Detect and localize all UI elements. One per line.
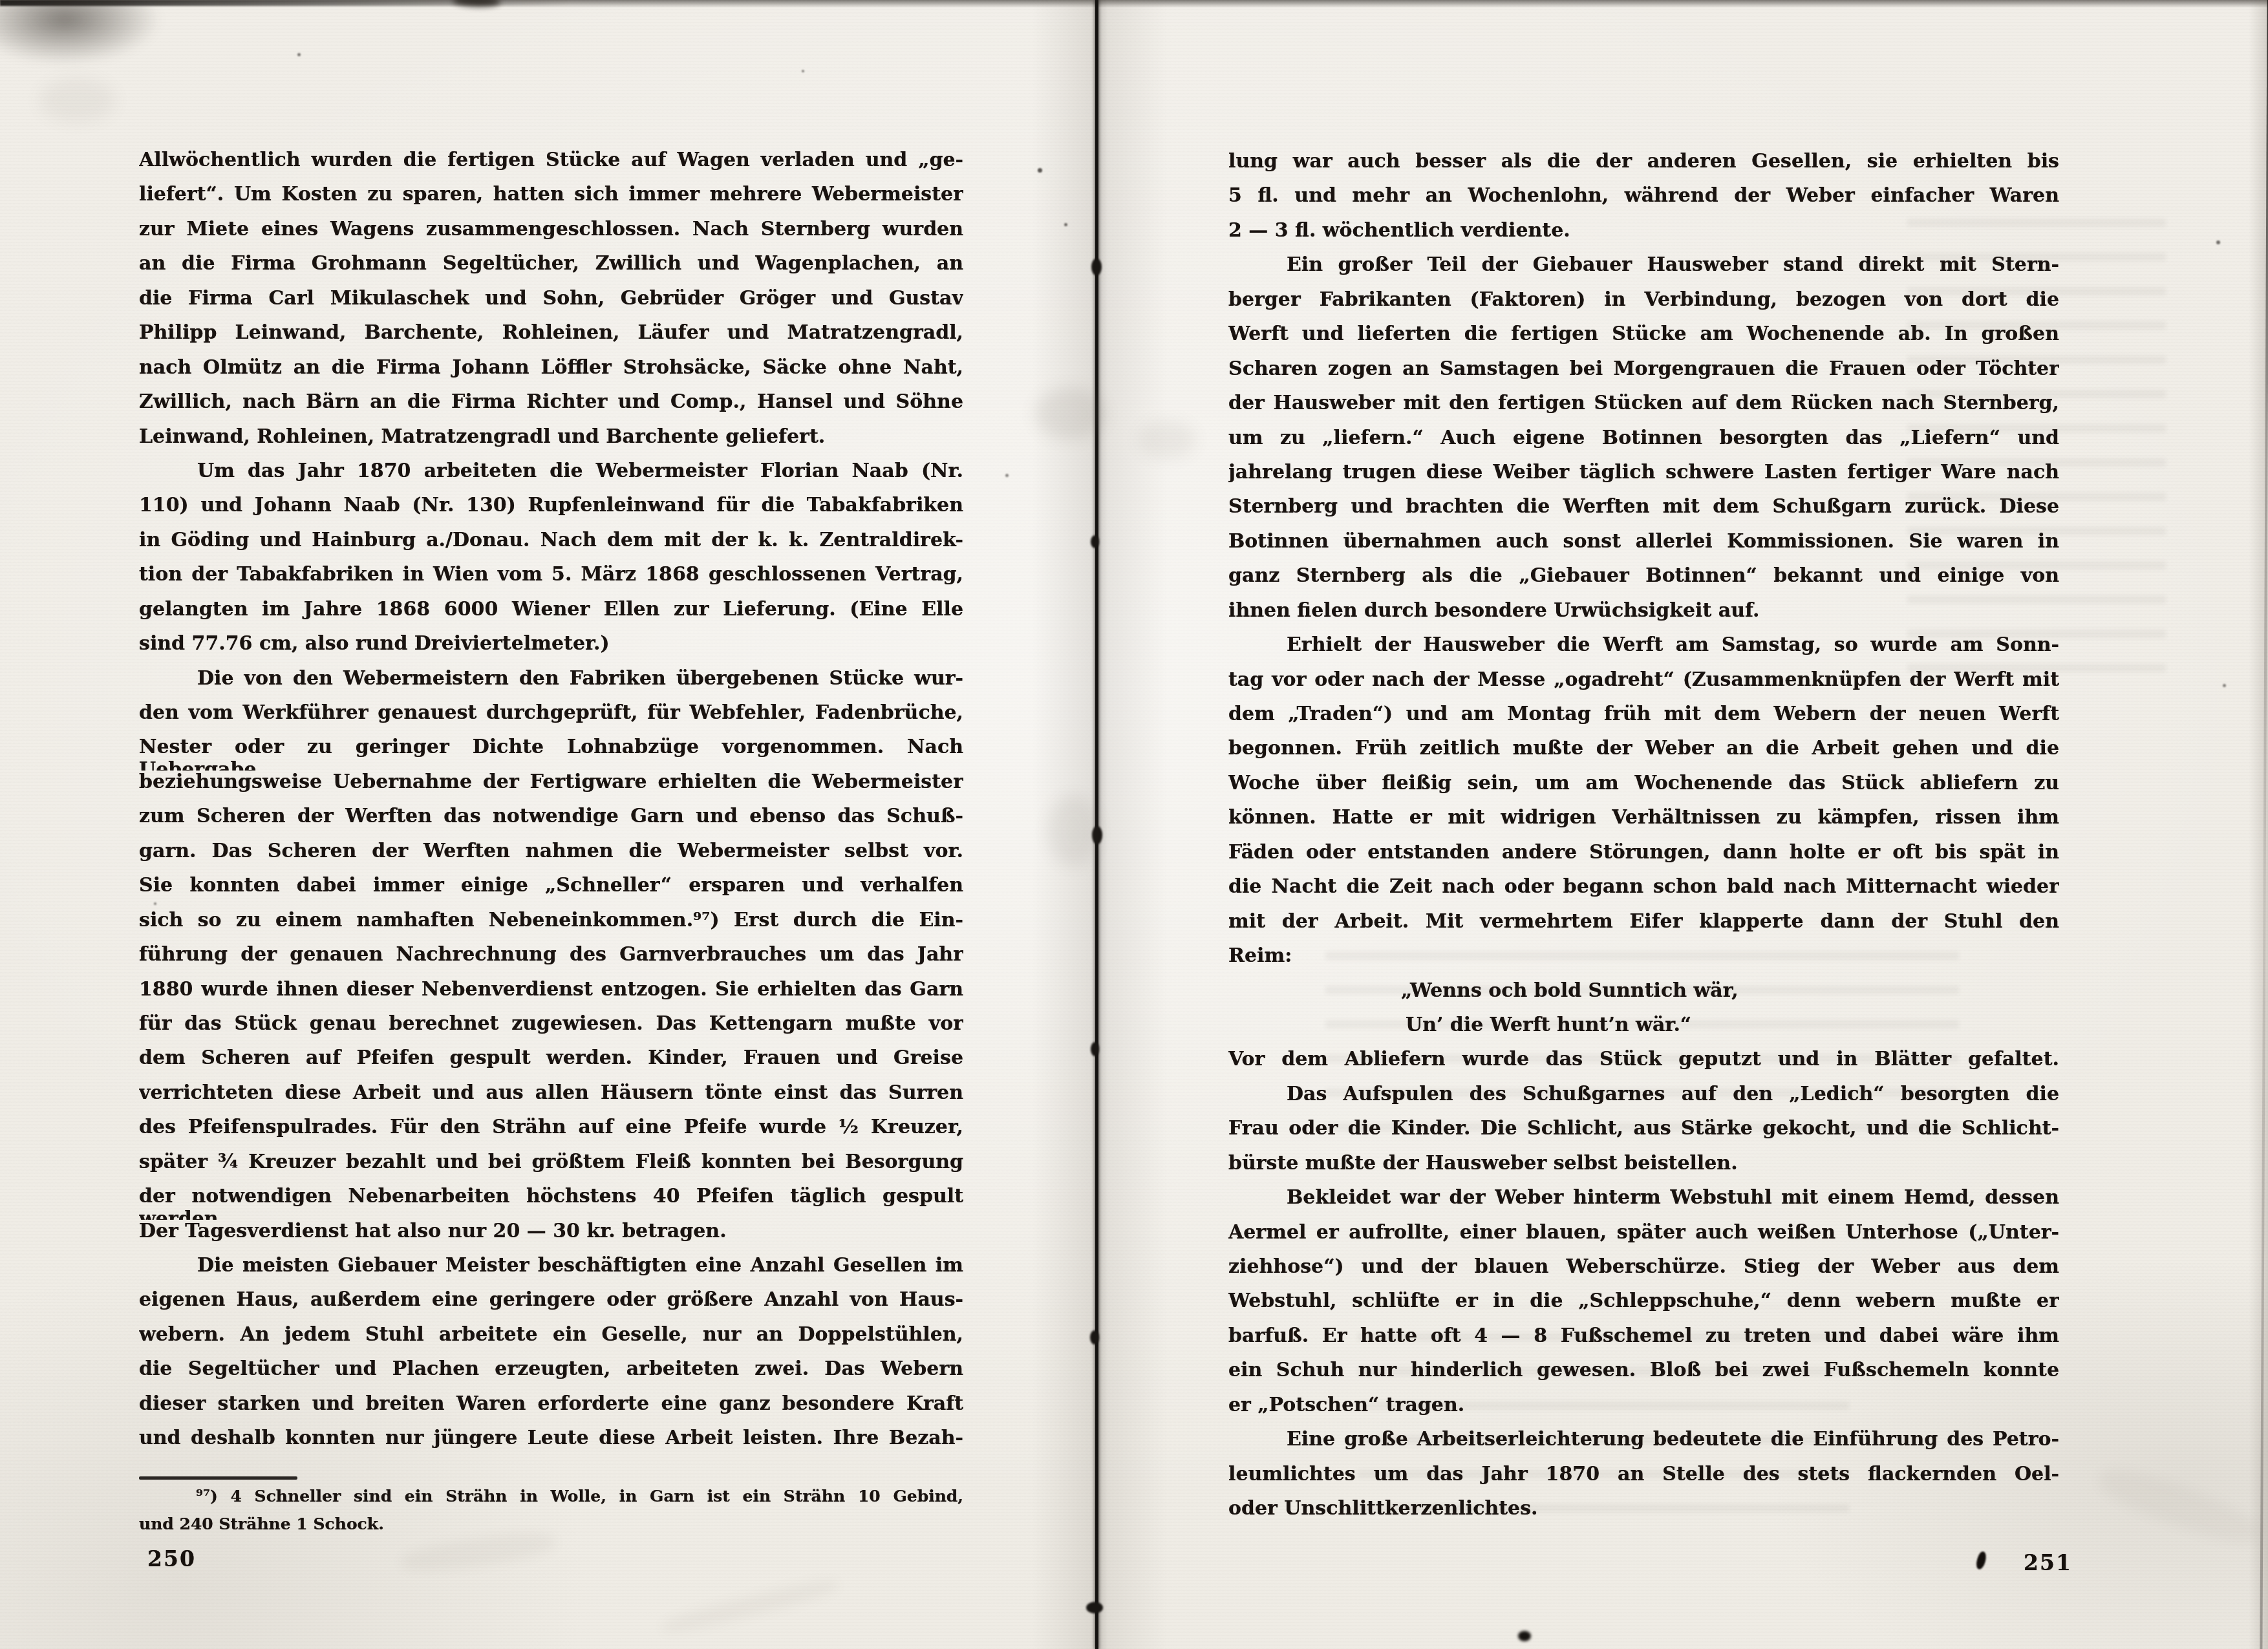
- text-line: begonnen. Früh zeitlich mußte der Weber …: [1228, 737, 2059, 771]
- text-line: ⁹⁷) 4 Schneller sind ein Strähn in Wolle…: [139, 1487, 963, 1515]
- footnote-rule: [139, 1476, 297, 1480]
- footnote: ⁹⁷) 4 Schneller sind ein Strähn in Wolle…: [139, 1487, 963, 1542]
- paper-streak: [2093, 1459, 2265, 1553]
- text-line: er „Potschen“ tragen.: [1228, 1394, 2059, 1428]
- ink-blot: [1974, 1551, 1987, 1570]
- page-left-text: Allwöchentlich wurden die fertigen Stück…: [139, 149, 963, 1462]
- text-line: garn. Das Scheren der Werften nahmen die…: [139, 840, 963, 874]
- text-line: Sie konnten dabei immer einige „Schnelle…: [139, 874, 963, 908]
- text-line: oder Unschlittkerzenlichtes.: [1228, 1497, 2059, 1531]
- ink-speck: [802, 70, 804, 72]
- page-number-right: 251: [2024, 1550, 2072, 1575]
- text-line: Scharen zogen an Samstagen bei Morgengra…: [1228, 357, 2059, 392]
- text-line: Aermel er aufrollte, einer blauen, späte…: [1228, 1221, 2059, 1255]
- text-line: Allwöchentlich wurden die fertigen Stück…: [139, 149, 963, 183]
- text-line: Die meisten Giebauer Meister beschäftigt…: [139, 1254, 963, 1288]
- paper-streak: [660, 1575, 840, 1638]
- text-line: des Pfeifenspulrades. Für den Strähn auf…: [139, 1116, 963, 1150]
- text-line: zum Scheren der Werften das notwendige G…: [139, 805, 963, 839]
- text-line: webern. An jedem Stuhl arbeitete ein Ges…: [139, 1323, 963, 1357]
- text-line: liefert“. Um Kosten zu sparen, hatten si…: [139, 183, 963, 217]
- text-line: 2 — 3 fl. wöchentlich verdiente.: [1228, 219, 2059, 253]
- corner-smudge: [0, 0, 162, 65]
- text-line: den vom Werkführer genauest durchgeprüft…: [139, 701, 963, 736]
- book-scan: Allwöchentlich wurden die fertigen Stück…: [0, 0, 2268, 1649]
- text-line: ganz Sternberg als die „Giebauer Botinne…: [1228, 564, 2059, 599]
- text-line: um zu „liefern.“ Auch eigene Botinnen be…: [1228, 427, 2059, 461]
- binding-knot: [1091, 259, 1102, 275]
- text-line: tag vor oder nach der Messe „ogadreht“ (…: [1228, 668, 2059, 703]
- text-line: ziehhose“) und der blauen Weberschürze. …: [1228, 1255, 2059, 1290]
- paper-smudge: [1034, 388, 1106, 440]
- text-line: Vor dem Abliefern wurde das Stück geputz…: [1228, 1048, 2059, 1082]
- text-line: Leinwand, Rohleinen, Matratzengradl und …: [139, 425, 963, 460]
- text-line: Werft und lieferten die fertigen Stücke …: [1228, 323, 2059, 357]
- text-line: die Firma Carl Mikulaschek und Sohn, Geb…: [139, 287, 963, 321]
- text-line: dieser starken und breiten Waren erforde…: [139, 1392, 963, 1427]
- ink-speck: [1064, 223, 1067, 226]
- text-line: Woche über fleißig sein, um am Wochenend…: [1228, 772, 2059, 806]
- text-line: sind 77.76 cm, also rund Dreiviertelmete…: [139, 632, 963, 666]
- paper-smudge: [1138, 420, 1196, 459]
- text-line: gelangten im Jahre 1868 6000 Wiener Elle…: [139, 598, 963, 632]
- text-line: nach Olmütz an die Firma Johann Löffler …: [139, 356, 963, 390]
- text-line: an die Firma Grohmann Segeltücher, Zwill…: [139, 252, 963, 286]
- text-line: barfuß. Er hatte oft 4 — 8 Fußschemel zu…: [1228, 1325, 2059, 1359]
- text-line: Webstuhl, schlüfte er in die „Schleppsch…: [1228, 1290, 2059, 1324]
- binding-knot: [1091, 1042, 1099, 1056]
- text-line: für das Stück genau berechnet zugewiesen…: [139, 1012, 963, 1047]
- text-line: der notwendigen Nebenarbeiten höchstens …: [139, 1185, 963, 1219]
- text-line: jahrelang trugen diese Weiber täglich sc…: [1228, 461, 2059, 495]
- text-line: ihnen fielen durch besondere Urwüchsigke…: [1228, 599, 2059, 633]
- text-line: „Wenns och bold Sunntich wär,: [1228, 979, 2059, 1014]
- text-line: führung der genauen Nachrechnung des Gar…: [139, 943, 963, 977]
- text-line: verrichteten diese Arbeit und aus allen …: [139, 1081, 963, 1116]
- text-line: Un’ die Werft hunt’n wär.“: [1228, 1014, 2059, 1048]
- ink-speck: [1005, 474, 1009, 477]
- text-line: bürste mußte der Hausweber selbst beiste…: [1228, 1152, 2059, 1186]
- text-line: Bekleidet war der Weber hinterm Webstuhl…: [1228, 1186, 2059, 1220]
- text-line: lung war auch besser als die der anderen…: [1228, 150, 2059, 184]
- ink-speck: [2216, 240, 2220, 244]
- text-line: zur Miete eines Wagens zusammengeschloss…: [139, 218, 963, 252]
- text-line: Philipp Leinwand, Barchente, Rohleinen, …: [139, 321, 963, 356]
- binding-knot: [1091, 535, 1099, 548]
- text-line: Botinnen übernahmen auch sonst allerlei …: [1228, 530, 2059, 564]
- text-line: Der Tagesverdienst hat also nur 20 — 30 …: [139, 1220, 963, 1254]
- text-line: dem Scheren auf Pfeifen gespult werden. …: [139, 1047, 963, 1081]
- text-line: die Nacht die Zeit nach oder begann scho…: [1228, 875, 2059, 910]
- text-line: Frau oder die Kinder. Die Schlicht, aus …: [1228, 1117, 2059, 1151]
- text-line: Zwillich, nach Bärn an die Firma Richter…: [139, 390, 963, 425]
- text-line: ein Schuh nur hinderlich gewesen. Bloß b…: [1228, 1359, 2059, 1393]
- paper-smudge: [39, 78, 116, 123]
- text-line: Reim:: [1228, 944, 2059, 979]
- text-line: Fäden oder entstanden andere Störungen, …: [1228, 841, 2059, 875]
- binding-knot: [1090, 1330, 1099, 1345]
- text-line: Erhielt der Hausweber die Werft am Samst…: [1228, 633, 2059, 668]
- text-line: und deshalb konnten nur jüngere Leute di…: [139, 1427, 963, 1461]
- text-line: der Hausweber mit den fertigen Stücken a…: [1228, 392, 2059, 426]
- text-line: Die von den Webermeistern den Fabriken ü…: [139, 667, 963, 701]
- text-line: Ein großer Teil der Giebauer Hausweber s…: [1228, 253, 2059, 288]
- paper-smudge: [1047, 795, 1099, 866]
- text-line: Sternberg und brachten die Werften mit d…: [1228, 495, 2059, 529]
- text-line: berger Fabrikanten (Faktoren) in Verbind…: [1228, 288, 2059, 323]
- text-line: 1880 wurde ihnen dieser Nebenverdienst e…: [139, 978, 963, 1012]
- ink-speck: [1518, 1631, 1531, 1641]
- text-line: Nester oder zu geringer Dichte Lohnabzüg…: [139, 736, 963, 770]
- text-line: leumlichtes um das Jahr 1870 an Stelle d…: [1228, 1463, 2059, 1497]
- text-line: später ¾ Kreuzer bezahlt und bei größtem…: [139, 1151, 963, 1185]
- text-line: Das Aufspulen des Schußgarnes auf den „L…: [1228, 1083, 2059, 1117]
- text-line: Um das Jahr 1870 arbeiteten die Webermei…: [139, 460, 963, 494]
- text-line: Eine große Arbeitserleichterung bedeutet…: [1228, 1428, 2059, 1462]
- binding-knot: [1086, 1602, 1103, 1613]
- text-line: sich so zu einem namhaften Nebeneinkomme…: [139, 909, 963, 943]
- text-line: mit der Arbeit. Mit vermehrtem Eifer kla…: [1228, 910, 2059, 944]
- text-line: beziehungsweise Uebernahme der Fertigwar…: [139, 771, 963, 805]
- text-line: 5 fl. und mehr an Wochenlohn, während de…: [1228, 184, 2059, 218]
- ink-speck: [1038, 168, 1042, 173]
- text-line: die Segeltücher und Plachen erzeugten, a…: [139, 1357, 963, 1392]
- text-line: können. Hatte er mit widrigen Verhältnis…: [1228, 806, 2059, 840]
- page-number-left: 250: [147, 1546, 196, 1571]
- text-line: 110) und Johann Naab (Nr. 130) Rupfenlei…: [139, 494, 963, 528]
- text-line: in Göding und Hainburg a./Donau. Nach de…: [139, 529, 963, 563]
- text-line: und 240 Strähne 1 Schock.: [139, 1515, 963, 1542]
- text-line: eigenen Haus, außerdem eine geringere od…: [139, 1288, 963, 1323]
- text-line: tion der Tabakfabriken in Wien vom 5. Mä…: [139, 563, 963, 597]
- page-right-text: lung war auch besser als die der anderen…: [1228, 150, 2059, 1532]
- ink-speck: [297, 53, 301, 56]
- text-line: dem „Traden“) und am Montag früh mit dem…: [1228, 703, 2059, 737]
- ink-speck: [2223, 684, 2226, 687]
